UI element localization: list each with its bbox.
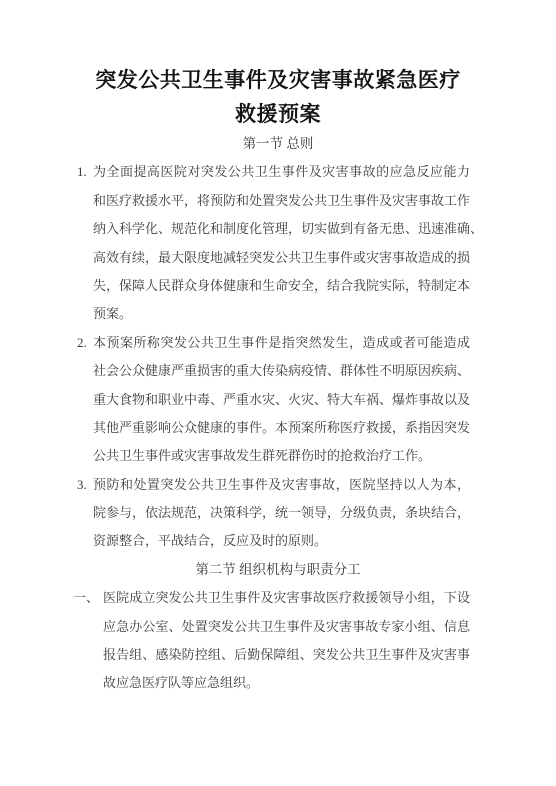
list-item-3: 3. 预防和处置突发公共卫生事件及灾害事故，医院坚持以人为本， 院参与，依法规范… — [0, 471, 556, 556]
document-page: 突发公共卫生事件及灾害事故紧急医疗 救援预案 第一节 总则 1. 为全面提高医院… — [0, 0, 556, 786]
text-line: 医院成立突发公共卫生事件及灾害事故医疗救援领导小组，下设 — [103, 584, 470, 612]
text-line: 社会公众健康严重损害的重大传染病疫情、群体性不明原因疾病、 — [93, 357, 470, 385]
list-item-4-text: 医院成立突发公共卫生事件及灾害事故医疗救援领导小组，下设 应急办公室、处置突发公… — [103, 584, 470, 698]
list-item-1-text: 为全面提高医院对突发公共卫生事件及灾害事故的应急反应能力 和医疗救援水平，将预防… — [93, 158, 470, 328]
document-title: 突发公共卫生事件及灾害事故紧急医疗 救援预案 — [0, 63, 556, 131]
section-heading-2: 第二节 组织机构与职责分工 — [0, 556, 556, 584]
list-item-3-text: 预防和处置突发公共卫生事件及灾害事故，医院坚持以人为本， 院参与，依法规范，决策… — [93, 471, 470, 556]
text-line: 报告组、感染防控组、后勤保障组、突发公共卫生事件及灾害事 — [103, 641, 470, 669]
title-line-1: 突发公共卫生事件及灾害事故紧急医疗 — [0, 63, 556, 97]
text-line: 公共卫生事件或灾害事故发生群死群伤时的抢救治疗工作。 — [93, 442, 470, 470]
text-line: 预防和处置突发公共卫生事件及灾害事故，医院坚持以人为本， — [93, 471, 470, 499]
text-line: 失，保障人民群众身体健康和生命安全，结合我院实际，特制定本 — [93, 272, 470, 300]
list-item-2: 2. 本预案所称突发公共卫生事件是指突然发生，造成或者可能造成 社会公众健康严重… — [0, 329, 556, 471]
text-line: 为全面提高医院对突发公共卫生事件及灾害事故的应急反应能力 — [93, 158, 470, 186]
text-line: 其他严重影响公众健康的事件。本预案所称医疗救援，系指因突发 — [93, 414, 470, 442]
list-item-1: 1. 为全面提高医院对突发公共卫生事件及灾害事故的应急反应能力 和医疗救援水平，… — [0, 158, 556, 328]
text-line: 预案。 — [93, 300, 470, 328]
list-item-4: 一、 医院成立突发公共卫生事件及灾害事故医疗救援领导小组，下设 应急办公室、处置… — [0, 584, 556, 698]
section-heading-1: 第一节 总则 — [0, 130, 556, 158]
text-line: 故应急医疗队等应急组织。 — [103, 669, 470, 697]
list-marker-1: 1. — [77, 158, 87, 186]
text-line: 和医疗救援水平，将预防和处置突发公共卫生事件及灾害事故工作 — [93, 187, 470, 215]
text-line: 纳入科学化、规范化和制度化管理，切实做到有备无患、迅速准确、 — [93, 215, 470, 243]
list-item-2-text: 本预案所称突发公共卫生事件是指突然发生，造成或者可能造成 社会公众健康严重损害的… — [93, 329, 470, 471]
list-marker-3: 3. — [77, 471, 87, 499]
list-marker-4: 一、 — [73, 584, 99, 612]
text-line: 高效有续，最大限度地减轻突发公共卫生事件或灾害事故造成的损 — [93, 244, 470, 272]
text-line: 本预案所称突发公共卫生事件是指突然发生，造成或者可能造成 — [93, 329, 470, 357]
document-body: 第一节 总则 1. 为全面提高医院对突发公共卫生事件及灾害事故的应急反应能力 和… — [0, 130, 556, 698]
text-line: 应急办公室、处置突发公共卫生事件及灾害事故专家小组、信息 — [103, 613, 470, 641]
text-line: 院参与，依法规范，决策科学，统一领导，分级负责，条块结合， — [93, 499, 470, 527]
list-marker-2: 2. — [77, 329, 87, 357]
text-line: 重大食物和职业中毒、严重水灾、火灾、特大车祸、爆炸事故以及 — [93, 386, 470, 414]
text-line: 资源整合，平战结合，反应及时的原则。 — [93, 527, 470, 555]
title-line-2: 救援预案 — [0, 97, 556, 131]
